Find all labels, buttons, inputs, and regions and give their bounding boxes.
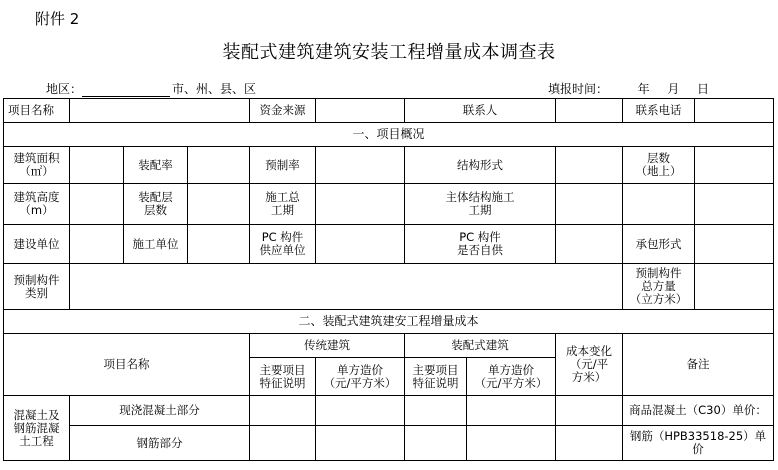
contract-form-label: 承包形式 <box>623 225 695 264</box>
main-period-input[interactable] <box>556 184 623 225</box>
phone-label: 联系电话 <box>623 99 695 123</box>
builder-label: 建设单位 <box>4 225 70 264</box>
constructor-input[interactable] <box>188 225 250 264</box>
fill-time-label: 填报时间： <box>548 80 608 97</box>
prefab-rate-label: 预制率 <box>250 147 316 184</box>
trad-feature-header: 主要项目特征说明 <box>250 358 316 396</box>
contact-label: 联系人 <box>405 99 556 123</box>
prefab-type-label: 预制构件类别 <box>4 264 70 310</box>
main-period-label: 主体结构施工工期 <box>405 184 556 225</box>
prefab-header: 装配式建筑 <box>405 334 556 358</box>
project-name-input[interactable] <box>70 99 250 123</box>
building-height-label: 建筑高度（m） <box>4 184 70 225</box>
pc-self-supply-label: PC 构件是否自供 <box>405 225 556 264</box>
cell-input[interactable] <box>405 396 467 426</box>
pc-supplier-label: PC 构件供应单位 <box>250 225 316 264</box>
prefab-volume-input[interactable] <box>695 264 774 310</box>
region-line: 地区：市、州、县、区 <box>46 80 256 97</box>
cell-input[interactable] <box>316 426 405 461</box>
year-label: 年 <box>638 80 650 97</box>
prefab-type-input[interactable] <box>70 264 623 310</box>
prefab-volume-label: 预制构件总方量（立方米） <box>623 264 695 310</box>
total-period-label: 施工总工期 <box>250 184 316 225</box>
rebar-label: 钢筋部分 <box>70 426 250 461</box>
cell-input[interactable] <box>405 426 467 461</box>
prefab-unit-price-header: 单方造价（元/平方米） <box>467 358 556 396</box>
traditional-header: 传统建筑 <box>250 334 405 358</box>
constructor-label: 施工单位 <box>124 225 188 264</box>
blank-cell[interactable] <box>623 184 695 225</box>
cell-input[interactable] <box>556 396 623 426</box>
contact-input[interactable] <box>556 99 623 123</box>
cell-input[interactable] <box>556 426 623 461</box>
cell-input[interactable] <box>250 426 316 461</box>
structure-input[interactable] <box>556 147 623 184</box>
fund-source-label: 资金来源 <box>250 99 316 123</box>
day-label: 日 <box>697 80 709 97</box>
fill-date-line: 填报时间： 年 月 日 <box>548 80 709 97</box>
remarks-header: 备注 <box>623 334 774 396</box>
prefab-feature-header: 主要项目特征说明 <box>405 358 467 396</box>
assembly-rate-input[interactable] <box>188 147 250 184</box>
assembly-rate-label: 装配率 <box>124 147 188 184</box>
page-title: 装配式建筑建筑安装工程增量成本调查表 <box>0 38 778 64</box>
cast-concrete-label: 现浇混凝土部分 <box>70 396 250 426</box>
blank-cell[interactable] <box>695 184 774 225</box>
cost-change-header: 成本变化（元/平方米） <box>556 334 623 396</box>
region-label: 地区： <box>46 82 82 96</box>
pc-self-supply-input[interactable] <box>556 225 623 264</box>
cell-input[interactable] <box>467 426 556 461</box>
contract-form-input[interactable] <box>695 225 774 264</box>
building-area-input[interactable] <box>70 147 124 184</box>
section1-title: 一、项目概况 <box>4 123 774 147</box>
item-name-header: 项目名称 <box>4 334 250 396</box>
cell-input[interactable] <box>467 396 556 426</box>
trad-unit-price-header: 单方造价（元/平方米） <box>316 358 405 396</box>
total-period-input[interactable] <box>316 184 405 225</box>
region-input[interactable] <box>82 84 170 97</box>
structure-label: 结构形式 <box>405 147 556 184</box>
floors-label: 层数（地上） <box>623 147 695 184</box>
project-name-label: 项目名称 <box>4 99 70 123</box>
attachment-label: 附件 2 <box>35 8 79 29</box>
phone-input[interactable] <box>695 99 774 123</box>
floors-input[interactable] <box>695 147 774 184</box>
survey-table: 项目名称 资金来源 联系人 联系电话 一、项目概况 建筑面积（㎡） 装配率 预制… <box>3 98 774 461</box>
region-suffix: 市、州、县、区 <box>172 82 256 96</box>
cell-input[interactable] <box>250 396 316 426</box>
building-height-input[interactable] <box>70 184 124 225</box>
section2-title: 二、装配式建筑建安工程增量成本 <box>4 310 774 334</box>
assembly-floors-label: 装配层层数 <box>124 184 188 225</box>
prefab-rate-input[interactable] <box>316 147 405 184</box>
fund-source-input[interactable] <box>316 99 405 123</box>
pc-supplier-input[interactable] <box>316 225 405 264</box>
cell-input[interactable] <box>316 396 405 426</box>
month-label: 月 <box>667 80 679 97</box>
concrete-group-label: 混凝土及钢筋混凝土工程 <box>4 396 70 461</box>
builder-input[interactable] <box>70 225 124 264</box>
building-area-label: 建筑面积（㎡） <box>4 147 70 184</box>
rebar-remark[interactable]: 钢筋（HPB33518-25）单价 <box>623 426 774 461</box>
assembly-floors-input[interactable] <box>188 184 250 225</box>
concrete-remark[interactable]: 商品混凝土（C30）单价： <box>623 396 774 426</box>
